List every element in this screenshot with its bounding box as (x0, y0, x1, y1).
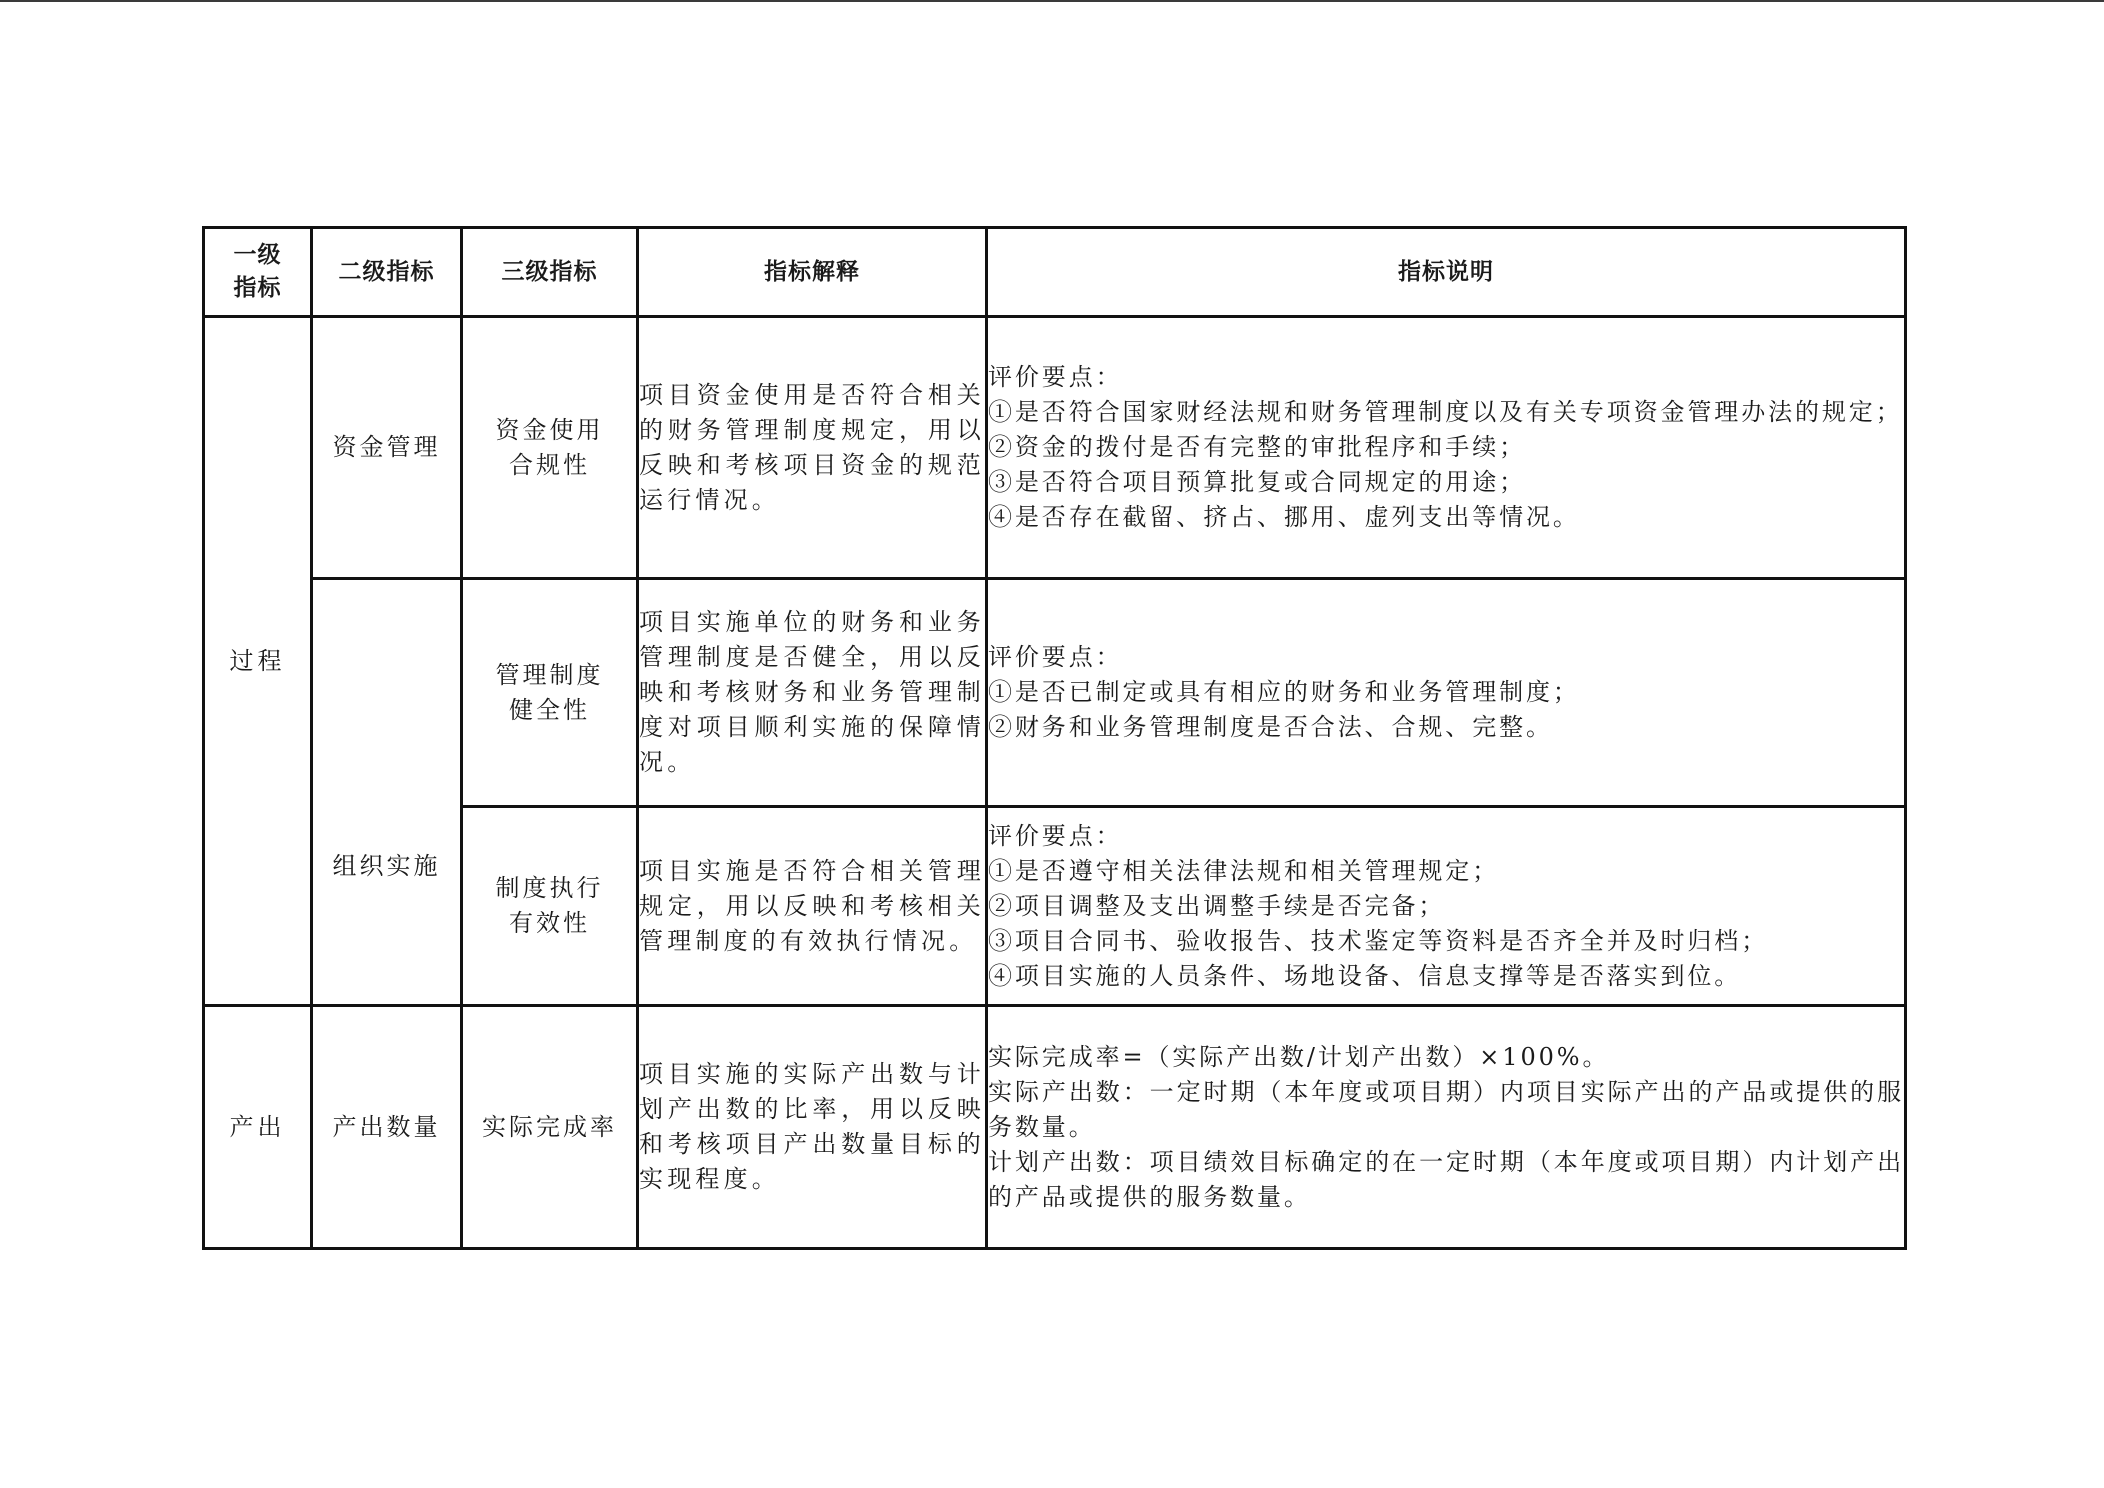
description-cell: 实际完成率=（实际产出数/计划产出数）×100%。 实际产出数：一定时期（本年度… (987, 1006, 1906, 1249)
description-line: 计划产出数：项目绩效目标确定的在一定时期（本年度或项目期）内计划产出的产品或提供… (988, 1145, 1904, 1215)
header-row: 一级 指标 二级指标 三级指标 指标解释 指标说明 (204, 228, 1906, 317)
header-level3: 三级指标 (462, 228, 638, 317)
table-row: 过程 资金管理 资金使用 合规性 项目资金使用是否符合相关的财务管理制度规定，用… (204, 317, 1906, 579)
description-cell: 评价要点： ①是否已制定或具有相应的财务和业务管理制度； ②财务和业务管理制度是… (987, 579, 1906, 807)
description-line: ④是否存在截留、挤占、挪用、虚列支出等情况。 (988, 500, 1904, 535)
level3-cell: 实际完成率 (462, 1006, 638, 1249)
level3-cell: 制度执行 有效性 (462, 807, 638, 1006)
description-line: ①是否已制定或具有相应的财务和业务管理制度； (988, 675, 1904, 710)
level2-cell: 资金管理 (312, 317, 462, 579)
description-line: 评价要点： (988, 640, 1904, 675)
description-cell: 评价要点： ①是否遵守相关法律法规和相关管理规定； ②项目调整及支出调整手续是否… (987, 807, 1906, 1006)
level2-label: 组织实施 (313, 849, 460, 884)
description-line: ④项目实施的人员条件、场地设备、信息支撑等是否落实到位。 (988, 959, 1904, 994)
level3-line: 制度执行 (463, 871, 636, 906)
header-level1-line: 一级 (205, 239, 310, 272)
level3-cell: 管理制度 健全性 (462, 579, 638, 807)
level1-cell: 产出 (204, 1006, 312, 1249)
header-level1: 一级 指标 (204, 228, 312, 317)
level3-line: 有效性 (463, 906, 636, 941)
header-interpretation: 指标解释 (638, 228, 987, 317)
description-line: ③项目合同书、验收报告、技术鉴定等资料是否齐全并及时归档； (988, 924, 1904, 959)
performance-indicator-table: 一级 指标 二级指标 三级指标 指标解释 指标说明 过程 资金管理 资金使用 合… (202, 226, 1907, 1250)
interpretation-cell: 项目实施的实际产出数与计划产出数的比率，用以反映和考核项目产出数量目标的实现程度… (638, 1006, 987, 1249)
level3-line: 管理制度 (463, 658, 636, 693)
level2-cell: 组织实施 (312, 579, 462, 1006)
table-row: 组织实施 管理制度 健全性 项目实施单位的财务和业务管理制度是否健全，用以反映和… (204, 579, 1906, 807)
description-line: 实际产出数：一定时期（本年度或项目期）内项目实际产出的产品或提供的服务数量。 (988, 1075, 1904, 1145)
description-line: ①是否遵守相关法律法规和相关管理规定； (988, 854, 1904, 889)
table-row: 产出 产出数量 实际完成率 项目实施的实际产出数与计划产出数的比率，用以反映和考… (204, 1006, 1906, 1249)
interpretation-cell: 项目实施是否符合相关管理规定，用以反映和考核相关管理制度的有效执行情况。 (638, 807, 987, 1006)
level3-cell: 资金使用 合规性 (462, 317, 638, 579)
page-top-border (0, 0, 2104, 2)
description-line: 实际完成率=（实际产出数/计划产出数）×100%。 (988, 1040, 1904, 1075)
level3-line: 合规性 (463, 448, 636, 483)
description-line: ②资金的拨付是否有完整的审批程序和手续； (988, 430, 1904, 465)
description-line: 评价要点： (988, 360, 1904, 395)
description-line: ①是否符合国家财经法规和财务管理制度以及有关专项资金管理办法的规定； (988, 395, 1904, 430)
level2-cell: 产出数量 (312, 1006, 462, 1249)
description-line: ②项目调整及支出调整手续是否完备； (988, 889, 1904, 924)
level3-line: 健全性 (463, 693, 636, 728)
interpretation-cell: 项目实施单位的财务和业务管理制度是否健全，用以反映和考核财务和业务管理制度对项目… (638, 579, 987, 807)
level3-line: 实际完成率 (463, 1110, 636, 1145)
description-line: ③是否符合项目预算批复或合同规定的用途； (988, 465, 1904, 500)
header-level2: 二级指标 (312, 228, 462, 317)
description-line: ②财务和业务管理制度是否合法、合规、完整。 (988, 710, 1904, 745)
level1-cell: 过程 (204, 317, 312, 1006)
header-level1-line: 指标 (205, 272, 310, 305)
description-cell: 评价要点： ①是否符合国家财经法规和财务管理制度以及有关专项资金管理办法的规定；… (987, 317, 1906, 579)
description-line: 评价要点： (988, 819, 1904, 854)
level3-line: 资金使用 (463, 413, 636, 448)
header-description: 指标说明 (987, 228, 1906, 317)
interpretation-cell: 项目资金使用是否符合相关的财务管理制度规定，用以反映和考核项目资金的规范运行情况… (638, 317, 987, 579)
